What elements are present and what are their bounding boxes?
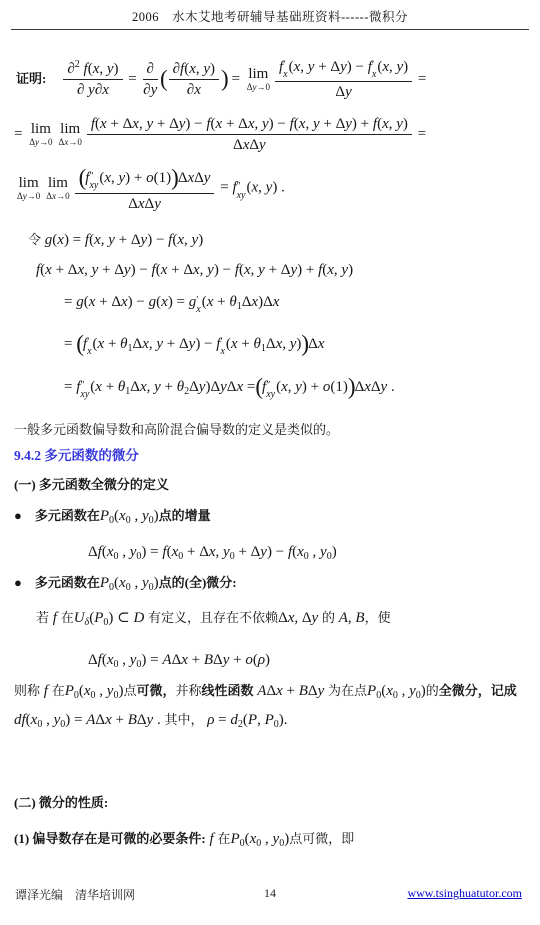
formula-df: df(x0 , y0) = AΔx + BΔy . 其中， ρ = d2(P, … (14, 711, 540, 730)
proof-line-8: = f″xy(x + θ1Δx, y + θ2Δy)ΔyΔx =(f″xy(x,… (64, 373, 540, 402)
proof-line-3: limΔy→0limΔx→0(f″xy(x, y) + o(1))ΔxΔyΔxΔ… (14, 164, 540, 213)
proof-line-1: 证明: ∂2 f(x, y)∂ y∂x = ∂∂y(∂f(x, y)∂x) = … (16, 58, 540, 101)
property-1: (1) 偏导数存在是可微的必要条件: f 在P0(x0 , y0)点可微，即 (14, 830, 540, 849)
proof-line-2: = limΔy→0limΔx→0f(x + Δx, y + Δy) − f(x … (14, 115, 540, 154)
page-header: 2006 水木艾地考研辅导基础班资料------微积分 (0, 0, 540, 25)
proof-line-5: f(x + Δx, y + Δy) − f(x + Δx, y) − f(x, … (36, 261, 540, 280)
section-heading-942: 9.4.2 多元函数的微分 (14, 448, 540, 465)
page-number: 14 (264, 886, 276, 901)
content-lines: 证明: ∂2 f(x, y)∂ y∂x = ∂∂y(∂f(x, y)∂x) = … (0, 30, 540, 849)
formula-total-differential: Δf(x0 , y0) = AΔx + BΔy + o(ρ) (88, 651, 540, 670)
footer-link[interactable]: www.tsinghuatutor.com (407, 886, 522, 901)
header-title: 2006 水木艾地考研辅导基础班资料------微积分 (132, 10, 408, 24)
subsection-heading-2: (二) 微分的性质: (14, 795, 540, 811)
proof-line-7: = (f′x(x + θ1Δx, y + Δy) − f′x(x + θ1Δx,… (64, 330, 540, 359)
footer-author: 谭泽光编 清华培训网 (15, 886, 135, 903)
remark-general-case: 一般多元函数偏导数和高阶混合偏导数的定义是类似的。 (14, 422, 540, 438)
definition-differentiable: 则称 f 在P0(x0 , y0)点可微，并称线性函数 AΔx + BΔy 为在… (14, 682, 540, 701)
condition-line: 若 f 在Uδ(P0) ⊂ D 有定义，且存在不依赖Δx, Δy 的 A, B，… (36, 609, 540, 628)
subsection-heading-1: (一) 多元函数全微分的定义 (14, 477, 540, 493)
formula-increment: Δf(x0 , y0) = f(x0 + Δx, y0 + Δy) − f(x0… (88, 543, 540, 562)
proof-line-6: = g(x + Δx) − g(x) = g′x(x + θ1Δx)Δx (64, 293, 540, 315)
bullet-increment: ● 多元函数在P0(x0 , y0)点的增量 (14, 507, 540, 526)
document-page: { "page": { "header": { "title": "2006 水… (0, 0, 540, 925)
bullet-differential: ● 多元函数在P0(x0 , y0)点的(全)微分: (14, 574, 540, 593)
proof-line-4: 令 g(x) = f(x, y + Δy) − f(x, y) (28, 231, 540, 250)
